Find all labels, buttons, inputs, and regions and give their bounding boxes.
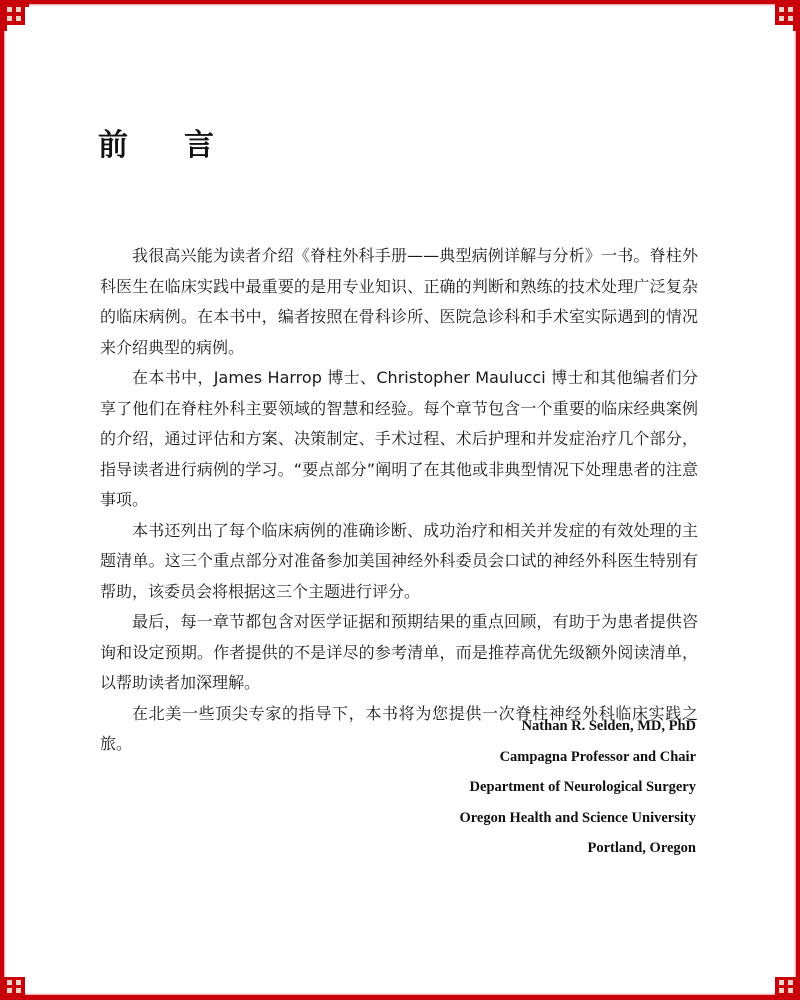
page-title: 前 言 [98, 120, 214, 164]
title-char-1: 前 [98, 120, 128, 164]
author-department: Department of Neurological Surgery [459, 772, 696, 803]
paragraph-4: 最后，每一章节都包含对医学证据和预期结果的重点回顾，有助于为患者提供咨询和设定预… [100, 607, 698, 699]
author-position: Campagna Professor and Chair [459, 742, 696, 773]
author-institution: Oregon Health and Science University [459, 803, 696, 834]
preface-page: 前 言 我很高兴能为读者介绍《脊柱外科手册——典型病例详解与分析》一书。脊柱外科… [0, 0, 800, 1000]
author-location: Portland, Oregon [459, 833, 696, 864]
paragraph-1: 我很高兴能为读者介绍《脊柱外科手册——典型病例详解与分析》一书。脊柱外科医生在临… [100, 241, 698, 363]
title-char-2: 言 [184, 120, 214, 164]
preface-body: 我很高兴能为读者介绍《脊柱外科手册——典型病例详解与分析》一书。脊柱外科医生在临… [100, 241, 698, 760]
paragraph-3: 本书还列出了每个临床病例的准确诊断、成功治疗和相关并发症的有效处理的主题清单。这… [100, 516, 698, 608]
paragraph-2: 在本书中，James Harrop 博士、Christopher Maulucc… [100, 363, 698, 516]
signature-block: Nathan R. Selden, MD, PhD Campagna Profe… [459, 711, 696, 864]
author-name: Nathan R. Selden, MD, PhD [459, 711, 696, 742]
